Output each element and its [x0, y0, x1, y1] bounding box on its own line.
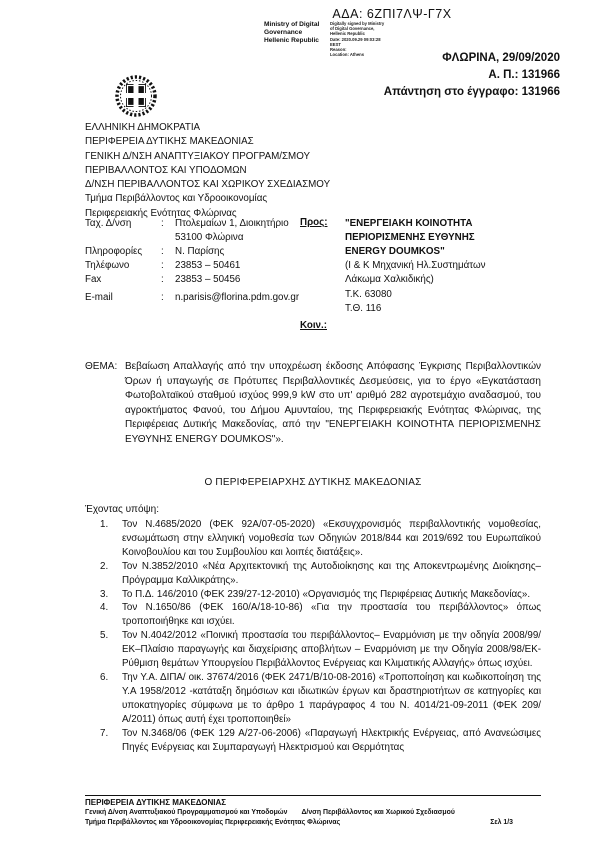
footer-directorate: Δ/νση Περιβάλλοντος και Χωρικού Σχεδιασμ…: [301, 808, 454, 818]
contact-separator: :: [161, 259, 175, 273]
issuer-title: Ο ΠΕΡΙΦΕΡΕΙΑΡΧΗΣ ΔΥΤΙΚΗΣ ΜΑΚΕΔΟΝΙΑΣ: [85, 477, 541, 488]
document-page: ΑΔΑ: 6ΖΠΙ7ΛΨ-Γ7Χ Ministry of Digital Gov…: [0, 0, 595, 842]
contact-separator: :: [161, 217, 175, 231]
footer-agency: ΠΕΡΙΦΕΡΕΙΑ ΔΥΤΙΚΗΣ ΜΑΚΕΔΟΝΙΑΣ: [85, 798, 541, 808]
recipient-subtitle-line: (Ι & Κ Μηχανική Ηλ.Συστημάτων: [345, 259, 555, 273]
agency-line: Τμήμα Περιβάλλοντος και Υδροοικονομίας: [85, 192, 330, 206]
list-item-number: 5.: [100, 629, 122, 671]
list-item: 3. Το Π.Δ. 146/2010 (ΦΕΚ 239/27-12-2010)…: [85, 588, 541, 602]
contact-label: Fax: [85, 273, 161, 287]
contact-separator: :: [161, 245, 175, 259]
recipient-name-line: ΠΕΡΙΟΡΙΣΜΕΝΗΣ ΕΥΘΥΝΗΣ: [345, 231, 555, 245]
list-item: 6. Την Υ.Α. ΔΙΠΑ/ οικ. 37674/2016 (ΦΕΚ 2…: [85, 671, 541, 727]
contact-separator: :: [161, 273, 175, 287]
contact-row-address: Ταχ. Δ/νση : Πτολεμαίων 1, Διοικητήριο: [85, 217, 299, 231]
list-item-number: 3.: [100, 588, 122, 602]
list-item: 4. Τον Ν.1650/86 (ΦΕΚ 160/Α/18-10-86) «Γ…: [85, 601, 541, 629]
recipient-postal-code: Τ.Κ. 63080: [345, 288, 392, 302]
contact-label: Ταχ. Δ/νση: [85, 217, 161, 231]
digital-signature-stamp: Digitally signed by Ministry of Digital …: [330, 21, 384, 57]
contact-row-email: E-mail : n.parisis@florina.pdm.gov.gr: [85, 291, 299, 305]
recipient-subtitle: (Ι & Κ Μηχανική Ηλ.Συστημάτων Λάκωμα Χαλ…: [345, 259, 555, 287]
footer-spacer: [287, 808, 301, 818]
list-item-text: Τον Ν.3852/2010 «Νέα Αρχιτεκτονική της Α…: [122, 560, 541, 588]
footer-department: Τμήμα Περιβάλλοντος και Υδροοικονομίας Π…: [85, 819, 340, 826]
contact-label: Πληροφορίες: [85, 245, 161, 259]
contact-details: Ταχ. Δ/νση : Πτολεμαίων 1, Διοικητήριο 5…: [85, 217, 299, 304]
recipient-name-line: "ΕΝΕΡΓΕΙΑΚΗ ΚΟΙΝΟΤΗΤΑ: [345, 217, 555, 231]
ada-code: ΑΔΑ: 6ΖΠΙ7ΛΨ-Γ7Χ: [232, 7, 552, 21]
contact-value: Ν. Παρίσης: [175, 245, 299, 259]
list-item-number: 6.: [100, 671, 122, 727]
agency-line: Δ/ΝΣΗ ΠΕΡΙΒΑΛΛΟΝΤΟΣ ΚΑΙ ΧΩΡΙΚΟΥ ΣΧΕΔΙΑΣΜ…: [85, 178, 330, 192]
agency-line: ΠΕΡΙΒΑΛΛΟΝΤΟΣ ΚΑΙ ΥΠΟΔΟΜΩΝ: [85, 164, 330, 178]
recipient-po-box: Τ.Θ. 116: [345, 302, 381, 316]
contact-row-phone: Τηλέφωνο : 23853 – 50461: [85, 259, 299, 273]
list-item-text: Τον Ν.4042/2012 «Ποινική προστασία του π…: [122, 629, 541, 671]
contact-value: 23853 – 50461: [175, 259, 299, 273]
ministry-line: Hellenic Republic: [264, 37, 319, 45]
recipient-name-line: ENERGY DOUMKOS": [345, 245, 555, 259]
list-item: 2. Τον Ν.3852/2010 «Νέα Αρχιτεκτονική τη…: [85, 560, 541, 588]
recipient-name: "ΕΝΕΡΓΕΙΑΚΗ ΚΟΙΝΟΤΗΤΑ ΠΕΡΙΟΡΙΣΜΕΝΗΣ ΕΥΘΥ…: [345, 217, 555, 259]
email-address: n.parisis@florina.pdm.gov.gr: [175, 291, 299, 305]
footer-directorates: Γενική Δ/νση Αναπτυξιακού Προγραμματισμο…: [85, 808, 541, 818]
ministry-of-digital-governance-label: Ministry of Digital Governance Hellenic …: [264, 21, 319, 45]
list-item-number: 1.: [100, 518, 122, 560]
date-protocol-block: ΦΛΩΡΙΝΑ, 29/09/2020 Α. Π.: 131966 Απάντη…: [384, 50, 560, 101]
list-item-text: Το Π.Δ. 146/2010 (ΦΕΚ 239/27-12-2010) «Ο…: [122, 588, 541, 602]
page-number: Σελ 1/3: [490, 818, 513, 828]
list-item: 1. Τον Ν.4685/2020 (ΦΕΚ 92Α/07-05-2020) …: [85, 518, 541, 560]
subject-label: ΘΕΜΑ:: [85, 360, 125, 447]
contact-value: 23853 – 50456: [175, 273, 299, 287]
contact-separator: [161, 231, 175, 245]
recipient-subtitle-line: Λάκωμα Χαλκιδικής): [345, 273, 555, 287]
agency-line: ΓΕΝΙΚΗ Δ/ΝΣΗ ΑΝΑΠΤΥΞΙΑΚΟΥ ΠΡΟΓΡΑΜ/ΣΜΟΥ: [85, 150, 330, 164]
agency-line: ΠΕΡΙΦΕΡΕΙΑ ΔΥΤΙΚΗΣ ΜΑΚΕΔΟΝΙΑΣ: [85, 135, 330, 149]
list-item-number: 7.: [100, 727, 122, 755]
ministry-line: Governance: [264, 29, 319, 37]
contact-value: Πτολεμαίων 1, Διοικητήριο: [175, 217, 299, 231]
list-item: 7. Τον Ν.3468/06 (ΦΕΚ 129 Α/27-06-2006) …: [85, 727, 541, 755]
protocol-number: Α. Π.: 131966: [384, 67, 560, 84]
list-item: 5. Τον Ν.4042/2012 «Ποινική προστασία το…: [85, 629, 541, 671]
footer-department-row: Τμήμα Περιβάλλοντος και Υδροοικονομίας Π…: [85, 818, 541, 828]
stamp-line: Location: Athens: [330, 52, 384, 57]
city-date: ΦΛΩΡΙΝΑ, 29/09/2020: [384, 50, 560, 67]
legal-references-list: 1. Τον Ν.4685/2020 (ΦΕΚ 92Α/07-05-2020) …: [85, 518, 541, 754]
list-item-text: Την Υ.Α. ΔΙΠΑ/ οικ. 37674/2016 (ΦΕΚ 2471…: [122, 671, 541, 727]
list-item-text: Τον Ν.1650/86 (ΦΕΚ 160/Α/18-10-86) «Για …: [122, 601, 541, 629]
pros-label: Προς:: [300, 217, 327, 228]
contact-separator: :: [161, 291, 175, 305]
contact-label: E-mail: [85, 291, 161, 305]
footer-directorate: Γενική Δ/νση Αναπτυξιακού Προγραμματισμο…: [85, 808, 287, 818]
contact-label: [85, 231, 161, 245]
contact-row-address2: 53100 Φλώρινα: [85, 231, 299, 245]
list-item-text: Τον Ν.3468/06 (ΦΕΚ 129 Α/27-06-2006) «Πα…: [122, 727, 541, 755]
ministry-line: Ministry of Digital: [264, 21, 319, 29]
page-footer: ΠΕΡΙΦΕΡΕΙΑ ΔΥΤΙΚΗΣ ΜΑΚΕΔΟΝΙΑΣ Γενική Δ/ν…: [85, 795, 541, 827]
contact-row-information: Πληροφορίες : Ν. Παρίσης: [85, 245, 299, 259]
having-regard-label: Έχοντας υπόψη:: [85, 504, 159, 515]
subject-text: Βεβαίωση Απαλλαγής από την υποχρέωση έκδ…: [125, 360, 541, 447]
koin-label: Κοιν.:: [300, 320, 327, 331]
list-item-number: 2.: [100, 560, 122, 588]
list-item-text: Τον Ν.4685/2020 (ΦΕΚ 92Α/07-05-2020) «Εκ…: [122, 518, 541, 560]
issuing-agency-block: ΕΛΛΗΝΙΚΗ ΔΗΜΟΚΡΑΤΙΑ ΠΕΡΙΦΕΡΕΙΑ ΔΥΤΙΚΗΣ Μ…: [85, 121, 330, 221]
reply-reference: Απάντηση στο έγγραφο: 131966: [384, 84, 560, 101]
hellenic-republic-emblem-icon: [112, 71, 160, 128]
agency-line: ΕΛΛΗΝΙΚΗ ΔΗΜΟΚΡΑΤΙΑ: [85, 121, 330, 135]
contact-value: 53100 Φλώρινα: [175, 231, 299, 245]
contact-row-fax: Fax : 23853 – 50456: [85, 273, 299, 287]
subject-block: ΘΕΜΑ: Βεβαίωση Απαλλαγής από την υποχρέω…: [85, 360, 541, 447]
list-item-number: 4.: [100, 601, 122, 629]
contact-label: Τηλέφωνο: [85, 259, 161, 273]
